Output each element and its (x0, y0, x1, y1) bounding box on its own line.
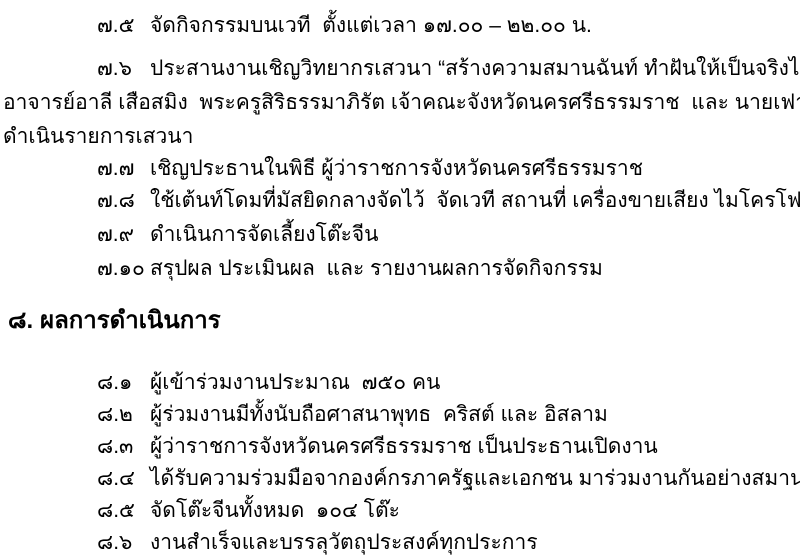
list-item-8-1: ๘.๑ผู้เข้าร่วมงานประมาณ ๗๕๐ คน (0, 367, 800, 399)
list-item-8-4: ๘.๔ได้รับความร่วมมือจากองค์กรภาครัฐและเอ… (0, 463, 800, 495)
item-number: ๘.๒ (97, 399, 150, 431)
item-text: จัดกิจกรรมบนเวที ตั้งแต่เวลา ๑๗.๐๐ – ๒๒.… (150, 14, 592, 37)
item-text: ดำเนินการจัดเลี้ยงโต๊ะจีน (150, 223, 379, 246)
item-text: ผู้ว่าราชการจังหวัดนครศรีธรรมราช เป็นประ… (150, 435, 658, 458)
item-number: ๘.๓ (97, 431, 150, 463)
list-item-7-7: ๗.๗เชิญประธานในพิธี ผู้ว่าราชการจังหวัดน… (0, 153, 800, 185)
item-number: ๗.๖ (97, 53, 150, 85)
list-item-8-6: ๘.๖งานสำเร็จและบรรลุวัตถุประสงค์ทุกประกา… (0, 527, 800, 557)
item-number: ๘.๑ (97, 367, 150, 399)
item-text: ใช้เต้นท์โดมที่มัสยิดกลางจัดไว้ จัดเวที … (150, 189, 800, 212)
list-item-7-10: ๗.๑๐สรุปผล ประเมินผล และ รายงานผลการจัดก… (0, 253, 800, 285)
list-item-8-3: ๘.๓ผู้ว่าราชการจังหวัดนครศรีธรรมราช เป็น… (0, 431, 800, 463)
item-number: ๗.๗ (97, 153, 150, 185)
item-text: ประสานงานเชิญวิทยากรเสวนา “สร้างความสมาน… (150, 57, 800, 80)
item-text: จัดโต๊ะจีนทั้งหมด ๑๐๔ โต๊ะ (150, 499, 400, 522)
heading-text: ผลการดำเนินการ (40, 307, 221, 334)
item-number: ๘.๖ (97, 527, 150, 557)
item-text: ผู้เข้าร่วมงานประมาณ ๗๕๐ คน (150, 371, 440, 394)
section-8-heading: ๘.ผลการดำเนินการ (0, 303, 800, 339)
item-text: สรุปผล ประเมินผล และ รายงานผลการจัดกิจกร… (150, 257, 603, 280)
item-text: เชิญประธานในพิธี ผู้ว่าราชการจังหวัดนครศ… (150, 157, 643, 180)
list-item-7-6: ๗.๖ประสานงานเชิญวิทยากรเสวนา “สร้างความส… (0, 53, 800, 85)
item-number: ๗.๙ (97, 219, 150, 251)
list-item-7-9: ๗.๙ดำเนินการจัดเลี้ยงโต๊ะจีน (0, 219, 800, 251)
item-text: งานสำเร็จและบรรลุวัตถุประสงค์ทุกประการ (150, 531, 538, 554)
item-number: ๗.๘ (97, 185, 150, 217)
list-item-7-8: ๗.๘ใช้เต้นท์โดมที่มัสยิดกลางจัดไว้ จัดเว… (0, 185, 800, 217)
document-page: ๗.๕จัดกิจกรรมบนเวที ตั้งแต่เวลา ๑๗.๐๐ – … (0, 0, 800, 557)
item-number: ๘.๔ (97, 463, 150, 495)
list-item-7-6-continuation-1: อาจารย์อาลี เสือสมิง พระครูสิริธรรมาภิรั… (0, 87, 800, 119)
list-item-7-5: ๗.๕จัดกิจกรรมบนเวที ตั้งแต่เวลา ๑๗.๐๐ – … (0, 10, 800, 42)
item-number: ๗.๑๐ (97, 253, 150, 285)
heading-number: ๘. (8, 303, 40, 339)
list-item-7-6-continuation-2: ดำเนินรายการเสวนา (0, 121, 800, 153)
item-number: ๘.๕ (97, 495, 150, 527)
item-text: ผู้ร่วมงานมีทั้งนับถือศาสนาพุทธ คริสต์ แ… (150, 403, 608, 426)
list-item-8-5: ๘.๕จัดโต๊ะจีนทั้งหมด ๑๐๔ โต๊ะ (0, 495, 800, 527)
item-number: ๗.๕ (97, 10, 150, 42)
list-item-8-2: ๘.๒ผู้ร่วมงานมีทั้งนับถือศาสนาพุทธ คริสต… (0, 399, 800, 431)
item-text: ได้รับความร่วมมือจากองค์กรภาครัฐและเอกชน… (150, 467, 800, 490)
